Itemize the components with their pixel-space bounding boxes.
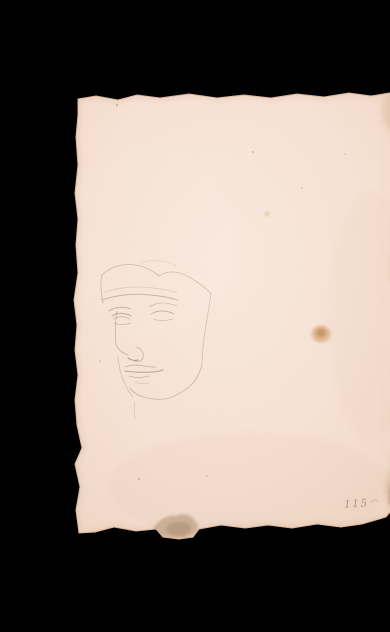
paper-edge-shading: [65, 86, 390, 546]
foxing-stain-core: [316, 329, 326, 338]
inscription-number: 115: [344, 497, 369, 510]
artwork-canvas: 115: [40, 16, 390, 616]
artwork-photo: 115: [40, 16, 390, 616]
paper-grain-texture: [70, 86, 390, 546]
small-stain: [265, 212, 270, 216]
